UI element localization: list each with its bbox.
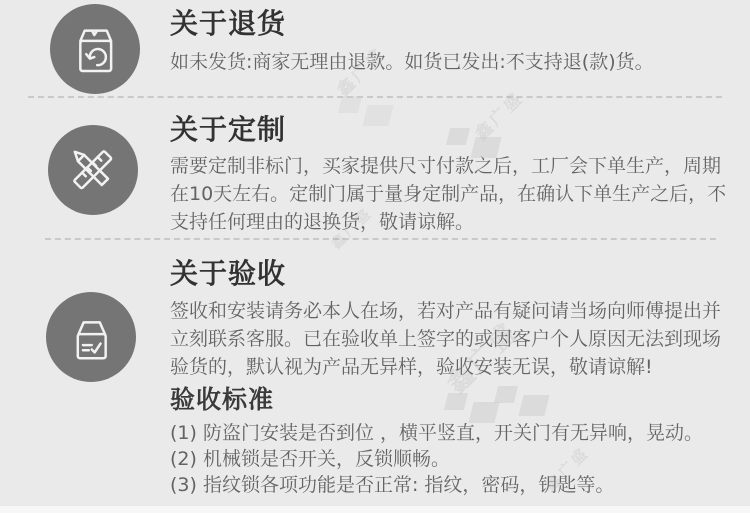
section-title-returns: 关于退货 [170,8,286,40]
pencil-ruler-icon-glyph [60,137,126,203]
dashed-divider [45,238,716,240]
section-body-custom: 需要定制非标门，买家提供尺寸付款之后，工厂会下单生产，周期在10天左右。定制门属… [170,152,736,236]
subsection-title-standards: 验收标准 [170,385,274,415]
dashed-divider [28,96,722,98]
bottom-divider-strip [0,506,750,513]
box-check-icon [46,292,136,382]
brand-watermark: 鑫广盛 [468,84,528,144]
package-return-icon-glyph [62,16,128,82]
standard-item-3: (3) 指纹锁各项功能是否正常: 指纹，密码，钥匙等。 [170,472,745,498]
section-title-custom: 关于定制 [170,114,286,146]
section-title-acceptance: 关于验收 [170,258,286,290]
standard-item-1: (1) 防盗门安装是否到位 ，横平竖直，开关门有无异响，晃动。 [170,420,745,446]
box-check-icon-glyph [58,304,124,370]
section-body-returns: 如未发货:商家无理由退款。如货已发出:不支持退(款)货。 [170,48,736,76]
standard-item-2: (2) 机械锁是否开关，反锁顺畅。 [170,446,745,472]
product-policy-page: 关于退货 如未发货:商家无理由退款。如货已发出:不支持退(款)货。 关于定制 需… [0,0,750,513]
pencil-ruler-icon [48,125,138,215]
acceptance-standard-list: (1) 防盗门安装是否到位 ，横平竖直，开关门有无异响，晃动。 (2) 机械锁是… [170,420,745,498]
package-return-icon [50,4,140,94]
